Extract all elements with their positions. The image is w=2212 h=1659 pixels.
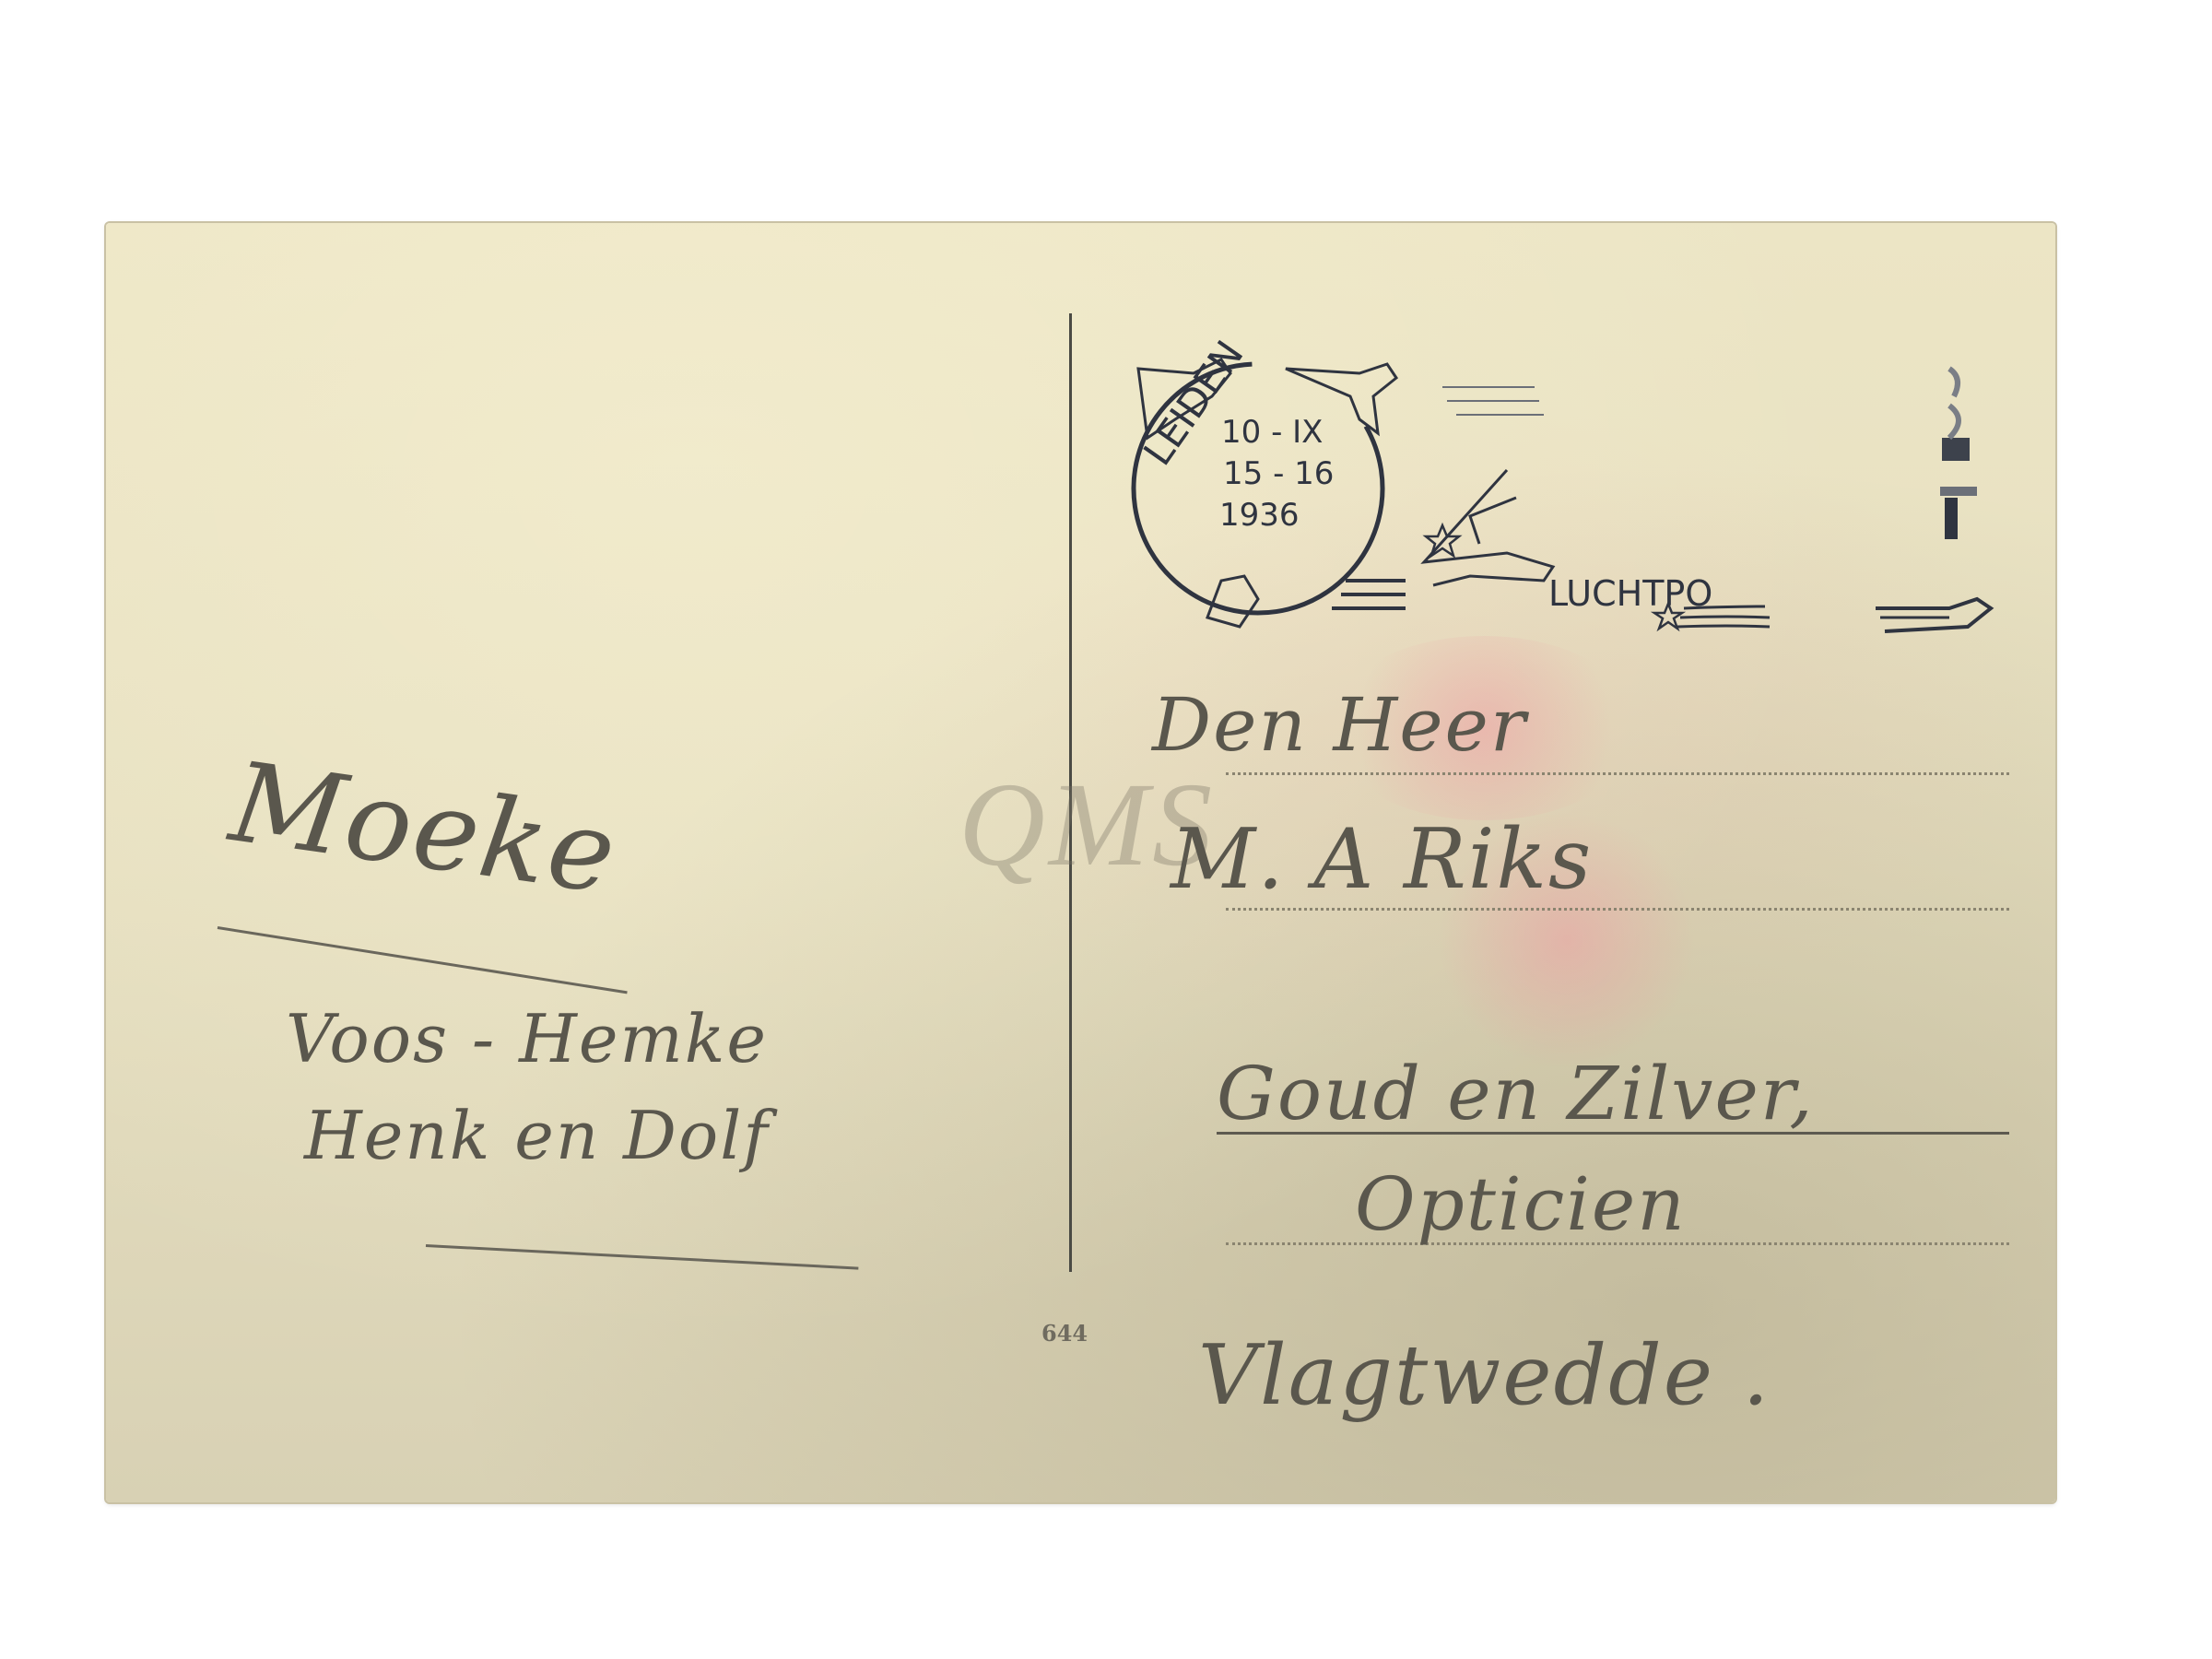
svg-text:LUCHTPO: LUCHTPO — [1548, 573, 1712, 614]
postmark: LEIDEN 10 - IX 15 - 16 1936 LUCHTPO — [1120, 332, 2060, 636]
svg-text:15 - 16: 15 - 16 — [1223, 455, 1334, 492]
address-occupation: Opticien — [1355, 1161, 1687, 1247]
card-number: 644 — [1041, 1320, 1088, 1347]
address-town: Vlagtwedde . — [1198, 1327, 1771, 1424]
address-line-2 — [1226, 908, 2009, 911]
address-business: Goud en Zilver, — [1217, 1051, 1815, 1136]
svg-text:1936: 1936 — [1219, 497, 1300, 534]
message-line-1: Voos - Hemke — [286, 1000, 768, 1077]
svg-text:LEIDEN: LEIDEN — [1135, 333, 1253, 474]
address-recipient-name: M. A Riks — [1171, 811, 1593, 908]
address-line-1 — [1226, 772, 2009, 775]
message-line-2: Henk en Dolf — [304, 1097, 770, 1174]
svg-text:10 - IX: 10 - IX — [1221, 414, 1323, 451]
address-recipient-title: Den Heer — [1152, 682, 1527, 768]
leiden-postmark-icon: LEIDEN 10 - IX 15 - 16 1936 LUCHTPO — [1120, 332, 2060, 636]
